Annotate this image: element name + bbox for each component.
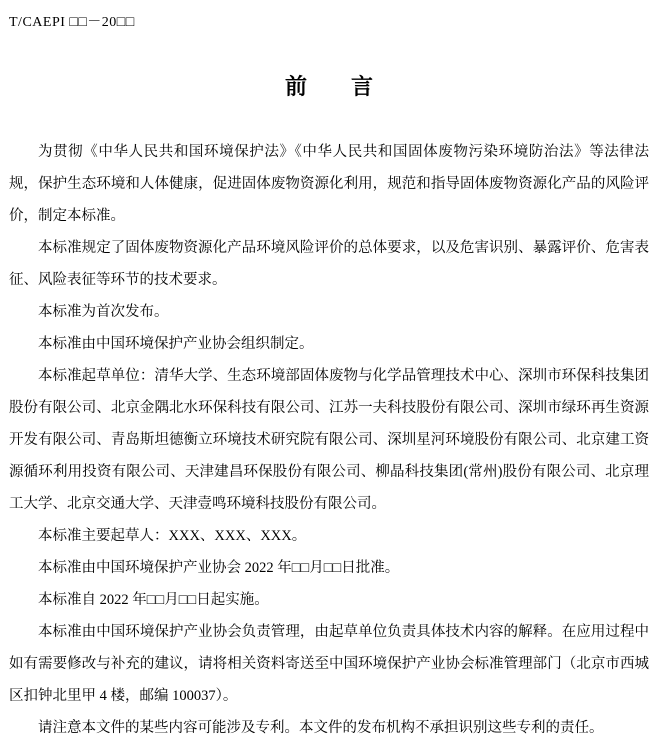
foreword-paragraph: 本标准由中国环境保护产业协会组织制定。	[9, 328, 649, 360]
foreword-paragraph: 本标准自 2022 年□□月□□日起实施。	[9, 584, 649, 616]
foreword-paragraph: 本标准为首次发布。	[9, 296, 649, 328]
foreword-paragraph: 本标准由中国环境保护产业协会 2022 年□□月□□日批准。	[9, 552, 649, 584]
foreword-paragraph: 本标准规定了固体废物资源化产品环境风险评价的总体要求，以及危害识别、暴露评价、危…	[9, 232, 649, 296]
page-title: 前 言	[9, 72, 649, 102]
foreword-paragraph: 为贯彻《中华人民共和国环境保护法》《中华人民共和国固体废物污染环境防治法》等法律…	[9, 136, 649, 232]
foreword-paragraph: 本标准主要起草人：XXX、XXX、XXX。	[9, 520, 649, 552]
document-page: T/CAEPI □□－20□□ 前 言 为贯彻《中华人民共和国环境保护法》《中华…	[0, 0, 658, 750]
foreword-body: 为贯彻《中华人民共和国环境保护法》《中华人民共和国固体废物污染环境防治法》等法律…	[9, 136, 649, 744]
standard-number-header: T/CAEPI □□－20□□	[9, 14, 649, 32]
foreword-paragraph: 本标准由中国环境保护产业协会负责管理，由起草单位负责具体技术内容的解释。在应用过…	[9, 616, 649, 712]
foreword-paragraph: 本标准起草单位：清华大学、生态环境部固体废物与化学品管理技术中心、深圳市环保科技…	[9, 360, 649, 520]
foreword-paragraph: 请注意本文件的某些内容可能涉及专利。本文件的发布机构不承担识别这些专利的责任。	[9, 712, 649, 744]
